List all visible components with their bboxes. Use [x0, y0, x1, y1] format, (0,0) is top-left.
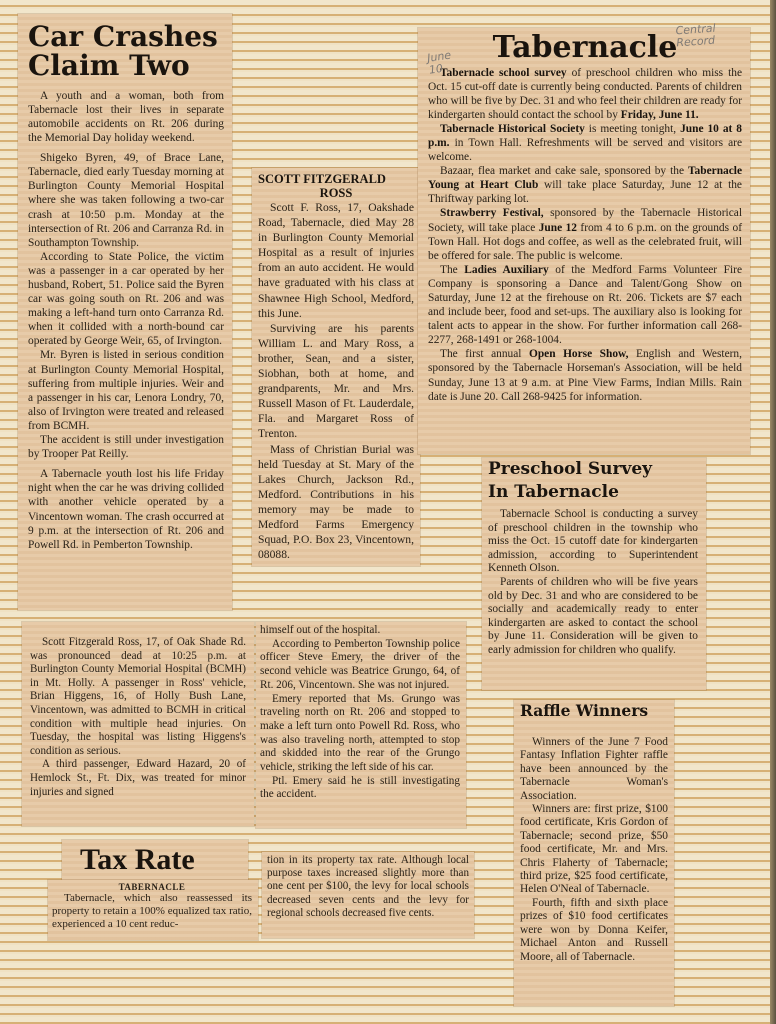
raffle-headline: Raffle Winners — [520, 700, 668, 722]
article-paragraph: A youth and a woman, both from Tabernacl… — [28, 89, 224, 145]
news-item: Tabernacle Historical Society is meeting… — [428, 122, 742, 164]
article-paragraph: Ptl. Emery said he is still investigatin… — [260, 775, 460, 802]
article-paragraph: Fourth, fifth and sixth place prizes of … — [520, 897, 668, 964]
news-item: Tabernacle school survey of preschool ch… — [428, 66, 742, 122]
headline-line1: Preschool Survey — [488, 459, 652, 479]
article-paragraph: According to State Police, the victim wa… — [28, 250, 224, 349]
article-paragraph: A third passenger, Edward Hazard, 20 of … — [30, 758, 246, 799]
obituary-name-line2: ROSS — [258, 186, 414, 200]
article-paragraph: A Tabernacle youth lost his life Friday … — [28, 467, 224, 552]
news-item: The Ladies Auxiliary of the Medford Farm… — [428, 263, 742, 348]
headline-line1: Car Crashes — [28, 20, 218, 53]
tax-rate-headline: Tax Rate — [80, 842, 238, 878]
obituary-name-line1: SCOTT FITZGERALD — [258, 172, 414, 186]
news-item: The first annual Open Horse Show, Englis… — [428, 347, 742, 403]
article-paragraph: Shigeko Byren, 49, of Brace Lane, Tabern… — [28, 151, 224, 250]
clipping-preschool-survey: Preschool Survey In Tabernacle Tabernacl… — [482, 458, 706, 690]
page-binding-edge — [770, 0, 776, 1024]
article-paragraph: Winners are: first prize, $100 food cert… — [520, 803, 668, 897]
article-paragraph: tion in its property tax rate. Although … — [267, 854, 469, 920]
clipping-car-crashes-continued-left: Scott Fitzgerald Ross, 17, of Oak Shade … — [22, 622, 254, 826]
article-paragraph: Surviving are his parents William L. and… — [258, 321, 414, 442]
article-paragraph: himself out of the hospital. — [260, 624, 460, 638]
clipping-tax-rate-body-right: tion in its property tax rate. Although … — [262, 852, 474, 938]
news-item: Strawberry Festival, sponsored by the Ta… — [428, 206, 742, 262]
tax-rate-dateline: TABERNACLE — [52, 882, 252, 892]
clipping-raffle-winners: Raffle Winners Winners of the June 7 Foo… — [514, 700, 674, 1006]
handwritten-source-note: Central Record — [675, 23, 717, 50]
article-paragraph: Scott F. Ross, 17, Oakshade Road, Tabern… — [258, 200, 414, 321]
article-paragraph: Parents of children who will be five yea… — [488, 576, 698, 658]
clipping-tax-rate-headline: Tax Rate — [62, 840, 248, 882]
clipping-car-crashes-continued-right: himself out of the hospital. According t… — [256, 622, 466, 828]
article-paragraph: The accident is still under investigatio… — [28, 433, 224, 461]
clipping-obituary-ross: SCOTT FITZGERALD ROSS Scott F. Ross, 17,… — [252, 168, 420, 566]
headline-line2: In Tabernacle — [488, 482, 619, 502]
article-paragraph: Winners of the June 7 Food Fantasy Infla… — [520, 736, 668, 803]
article-paragraph: Tabernacle, which also reassessed its pr… — [52, 892, 252, 930]
article-paragraph: Tabernacle School is conducting a survey… — [488, 508, 698, 576]
clipping-tax-rate-body-left: TABERNACLE Tabernacle, which also reasse… — [48, 880, 258, 940]
clipping-car-crashes: Car Crashes Claim Two A youth and a woma… — [18, 14, 232, 610]
article-paragraph: According to Pemberton Township police o… — [260, 638, 460, 693]
article-paragraph: Mass of Christian Burial was held Tuesda… — [258, 442, 414, 563]
article-paragraph: Scott Fitzgerald Ross, 17, of Oak Shade … — [30, 636, 246, 758]
headline-line2: Claim Two — [28, 49, 190, 82]
news-item: Bazaar, flea market and cake sale, spons… — [428, 164, 742, 206]
article-paragraph: Emery reported that Ms. Grungo was trave… — [260, 693, 460, 775]
article-paragraph: Mr. Byren is listed in serious condition… — [28, 348, 224, 433]
clipping-tabernacle-news: Tabernacle Tabernacle school survey of p… — [418, 28, 750, 454]
